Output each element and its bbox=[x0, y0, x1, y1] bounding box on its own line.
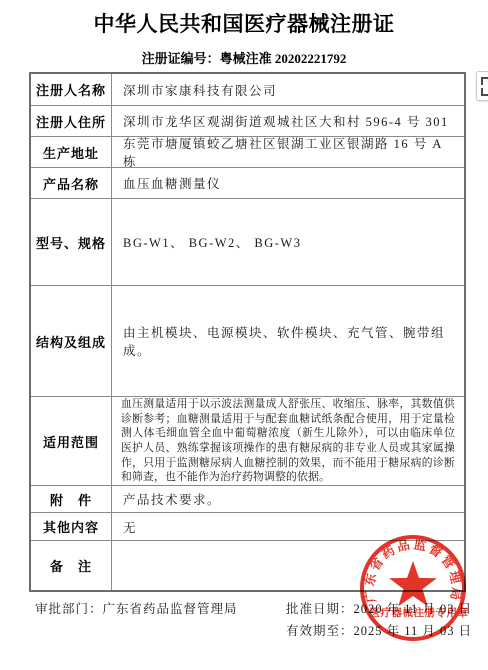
table-row: 注册人名称 深圳市家康科技有限公司 bbox=[31, 74, 464, 105]
table-row: 其他内容 无 bbox=[31, 512, 464, 540]
floating-widget[interactable] bbox=[476, 71, 488, 101]
row-value: 血压测量适用于以示波法测量成人舒张压、收缩压、脉率，其数值供诊断参考；血糖测量适… bbox=[112, 397, 464, 485]
valid-until-date: 有效期至：2025 年 11 月 03 日 bbox=[286, 621, 472, 639]
certificate-table: 注册人名称 深圳市家康科技有限公司 注册人住所 深圳市龙华区观湖街道观城社区大和… bbox=[29, 72, 466, 592]
page-title: 中华人民共和国医疗器械注册证 bbox=[0, 8, 488, 38]
widget-glyph-icon bbox=[481, 88, 488, 96]
table-row: 备 注 bbox=[31, 540, 464, 590]
row-label: 附 件 bbox=[31, 486, 112, 512]
row-label: 备 注 bbox=[31, 541, 112, 590]
table-row: 产品名称 血压血糖测量仪 bbox=[31, 167, 464, 198]
row-value: 无 bbox=[112, 513, 464, 540]
widget-glyph-icon bbox=[481, 77, 488, 85]
table-row: 生产地址 东莞市塘厦镇蛟乙塘社区银湖工业区银湖路 16 号 A 栋 bbox=[31, 136, 464, 167]
row-value: 深圳市家康科技有限公司 bbox=[112, 74, 464, 105]
row-value: 血压血糖测量仪 bbox=[112, 168, 464, 198]
row-label: 注册人名称 bbox=[31, 74, 112, 105]
row-label: 适用范围 bbox=[31, 397, 112, 485]
approval-date: 批准日期：2020 年 11 月 03 日 bbox=[286, 599, 472, 617]
row-label: 型号、规格 bbox=[31, 199, 112, 285]
table-row: 附 件 产品技术要求。 bbox=[31, 485, 464, 512]
row-label: 生产地址 bbox=[31, 137, 112, 167]
row-value bbox=[112, 541, 464, 590]
row-label: 注册人住所 bbox=[31, 106, 112, 136]
row-label: 结构及组成 bbox=[31, 286, 112, 396]
row-value: 深圳市龙华区观湖街道观城社区大和村 596-4 号 301 bbox=[112, 106, 464, 136]
approval-department: 审批部门：广东省药品监督管理局 bbox=[35, 599, 238, 617]
table-row: 注册人住所 深圳市龙华区观湖街道观城社区大和村 596-4 号 301 bbox=[31, 105, 464, 136]
row-value: 由主机模块、电源模块、软件模块、充气管、腕带组成。 bbox=[112, 286, 464, 396]
row-value: 产品技术要求。 bbox=[112, 486, 464, 512]
row-value: BG-W1、 BG-W2、 BG-W3 bbox=[112, 199, 464, 285]
row-label: 产品名称 bbox=[31, 168, 112, 198]
table-row: 适用范围 血压测量适用于以示波法测量成人舒张压、收缩压、脉率，其数值供诊断参考；… bbox=[31, 396, 464, 485]
row-label: 其他内容 bbox=[31, 513, 112, 540]
table-row: 型号、规格 BG-W1、 BG-W2、 BG-W3 bbox=[31, 198, 464, 285]
row-value: 东莞市塘厦镇蛟乙塘社区银湖工业区银湖路 16 号 A 栋 bbox=[112, 137, 464, 167]
table-row: 结构及组成 由主机模块、电源模块、软件模块、充气管、腕带组成。 bbox=[31, 285, 464, 396]
certificate-number: 注册证编号：粤械注准 20202221792 bbox=[0, 48, 488, 67]
